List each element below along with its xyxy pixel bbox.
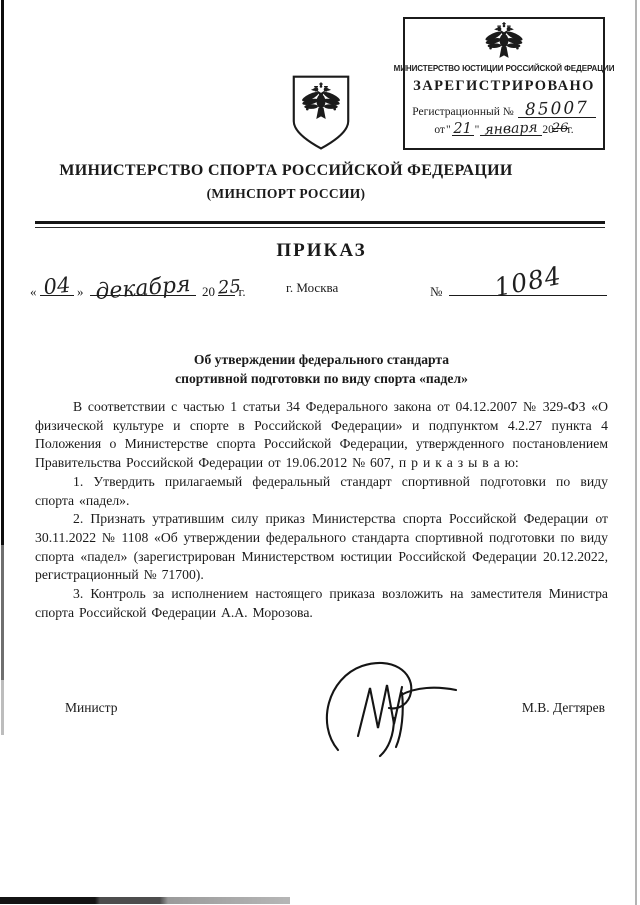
scan-edge-artifact-left-fade [1,545,4,680]
stamp-date-month-value: января [480,119,543,138]
organisation-short-name: (МИНСПОРТ РОССИИ) [0,186,572,202]
order-number-blank: 1084 [449,280,607,296]
date-open-quote: « [30,284,37,299]
stamp-date-line: от " 21 " января 20 26 г. [434,121,573,136]
stamp-registered-label: ЗАРЕГИСТРИРОВАНО [413,78,595,95]
body-paragraph-item-1: 1. Утвердить прилагаемый федеральный ста… [35,473,608,510]
document-type-title: ПРИКАЗ [35,240,608,262]
date-year-printed: 20 [202,284,215,299]
stamp-date-day-blank: 21 [452,121,474,136]
body-paragraph-item-3: 3. Контроль за исполнением настоящего пр… [35,585,608,622]
organisation-name: МИНИСТЕРСТВО СПОРТА РОССИЙСКОЙ ФЕДЕРАЦИИ [0,162,572,180]
scan-edge-artifact-bottom [0,897,290,904]
body-paragraph-preamble: В соответствии с частью 1 статьи 34 Феде… [35,398,608,473]
date-year-written: 25 [218,276,236,298]
scan-edge-artifact-left-faint [1,680,4,735]
stamp-reg-number-blank: 85007 [518,101,596,118]
order-meta-row: « 04 » декабря 20 25 г. г. Москва № 1084 [0,268,640,308]
date-year-blank: 25 [218,280,235,296]
stamp-date-month-blank: января [480,121,542,136]
scan-edge-artifact-right [635,0,637,905]
stamp-date-suffix: г. [567,124,573,136]
stamp-date-prefix: от [434,124,445,136]
justice-registration-stamp: МИНИСТЕРСТВО ЮСТИЦИИ РОССИЙСКОЙ ФЕДЕРАЦИ… [403,17,605,150]
signer-name: М.В. Дегтярев [455,700,605,716]
double-headed-eagle-icon [483,22,525,61]
date-month-value: декабря [89,271,197,305]
signer-position: Министр [65,700,117,716]
order-subject: Об утверждении федерального стандарта сп… [35,350,608,388]
order-city: г. Москва [286,280,338,296]
stamp-reg-number-value: 85007 [517,98,596,121]
issuing-organisation: МИНИСТЕРСТВО СПОРТА РОССИЙСКОЙ ФЕДЕРАЦИИ… [0,162,572,202]
subject-line-1: Об утверждении федерального стандарта [35,350,608,369]
date-month-blank: декабря [90,280,196,296]
coat-of-arms [288,74,354,152]
body-paragraph-item-2: 2. Признать утратившим силу приказ Минис… [35,510,608,585]
subject-line-2: спортивной подготовки по виду спорта «па… [35,369,608,388]
document-page: МИНИСТЕРСТВО ЮСТИЦИИ РОССИЙСКОЙ ФЕДЕРАЦИ… [0,0,640,905]
stamp-year-written: 26 [552,121,569,136]
order-number-label: № [430,284,442,299]
double-rule [35,221,605,228]
order-number: № 1084 [430,280,607,300]
stamp-registration-number-line: Регистрационный № 85007 [412,101,595,118]
order-body: В соответствии с частью 1 статьи 34 Феде… [35,398,608,622]
date-day-blank: 04 [40,280,74,296]
order-date: « 04 » декабря 20 25 г. [30,280,246,300]
minister-signature [322,658,462,760]
stamp-quote-open: " [446,124,451,136]
date-close-quote: » [77,284,84,299]
stamp-reg-label: Регистрационный № [412,106,513,118]
date-day-value: 04 [39,272,75,299]
stamp-ministry-name: МИНИСТЕРСТВО ЮСТИЦИИ РОССИЙСКОЙ ФЕДЕРАЦИ… [394,63,615,73]
stamp-quote-close: " [475,124,480,136]
stamp-date-day-value: 21 [452,121,474,137]
